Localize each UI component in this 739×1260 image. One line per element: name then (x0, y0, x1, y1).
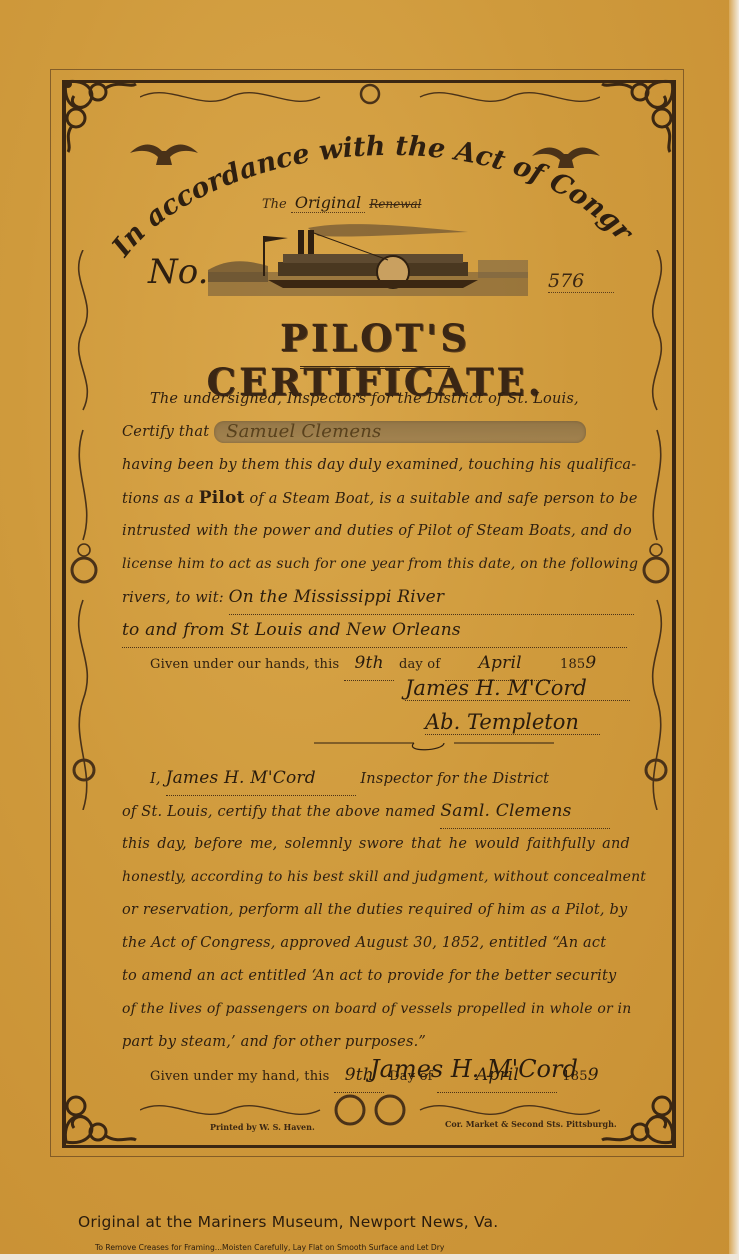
text-line: the Act of Congress, approved August 30,… (122, 927, 630, 960)
pilot-word: Pilot (199, 488, 245, 508)
text-line: rivers, to wit: On the Mississippi River (122, 581, 630, 614)
text-line: of St. Louis, certify that the above nam… (122, 795, 630, 828)
rivers-field-line-2: to and from St Louis and New Orleans (122, 614, 627, 648)
given-day-field: 9th (344, 647, 394, 681)
framing-instructions: To Remove Creases for Framing...Moisten … (95, 1243, 444, 1252)
text-line: to amend an act entitled ‘An act to prov… (122, 960, 630, 993)
text-line: I, James H. M'Cord Inspector for the Dis… (122, 762, 630, 795)
top-border-flourish (140, 82, 600, 112)
steamboat-illustration (208, 222, 528, 300)
certification-body: The undersigned, Inspectors for the Dist… (122, 383, 630, 680)
license-type-renewal-struck: Renewal (369, 197, 421, 211)
text-line: to and from St Louis and New Orleans (122, 614, 630, 647)
text-line: tions as a Pilot of a Steam Boat, is a s… (122, 482, 630, 515)
rivers-field-line-1: On the Mississippi River (229, 581, 634, 615)
left-border-ornament (68, 250, 98, 810)
license-type-line: The Original Renewal (262, 193, 421, 212)
certificate-number-label: No. (148, 252, 208, 292)
text-line: having been by them this day duly examin… (122, 449, 630, 482)
certificate-number: 576 (548, 270, 614, 293)
page-bottom-edge (0, 1254, 739, 1260)
page-edge (729, 0, 739, 1260)
museum-note: Original at the Mariners Museum, Newport… (78, 1213, 498, 1231)
pilot-name-field: Samuel Clemens (214, 421, 586, 443)
text-line: license him to act as such for one year … (122, 548, 630, 581)
text-line: honestly, according to his best skill an… (122, 861, 630, 894)
oath-body: I, James H. M'Cord Inspector for the Dis… (122, 762, 630, 1092)
text-line: of the lives of passengers on board of v… (122, 993, 630, 1026)
oath-inspector-signature: James H. M'Cord (370, 1055, 578, 1083)
inspector-signature-2: Ab. Templeton (425, 710, 600, 735)
license-type-prefix: The (262, 197, 287, 212)
given-year-field: 9 (585, 653, 596, 673)
oath-inspector-name-field: James H. M'Cord (166, 762, 356, 796)
printer-credit: Printed by W. S. Haven. (210, 1122, 315, 1132)
oath-year-field: 9 (588, 1065, 599, 1085)
text-line: intrusted with the power and duties of P… (122, 515, 630, 548)
oath-named-person-field: Saml. Clemens (440, 795, 610, 829)
title-ornament-rule (300, 366, 450, 375)
inspector-signature-1: James H. M'Cord (405, 676, 630, 701)
text-line: this day, before me, solemnly swore that… (122, 828, 630, 861)
text-line: or reservation, perform all the duties r… (122, 894, 630, 927)
section-divider (314, 739, 554, 751)
license-type-original: Original (291, 193, 365, 213)
printer-address: Cor. Market & Second Sts. Pittsburgh. (445, 1119, 617, 1129)
right-border-ornament (642, 250, 672, 810)
text-line: Certify that Samuel Clemens (122, 416, 630, 449)
text-line: The undersigned, Inspectors for the Dist… (122, 383, 630, 416)
